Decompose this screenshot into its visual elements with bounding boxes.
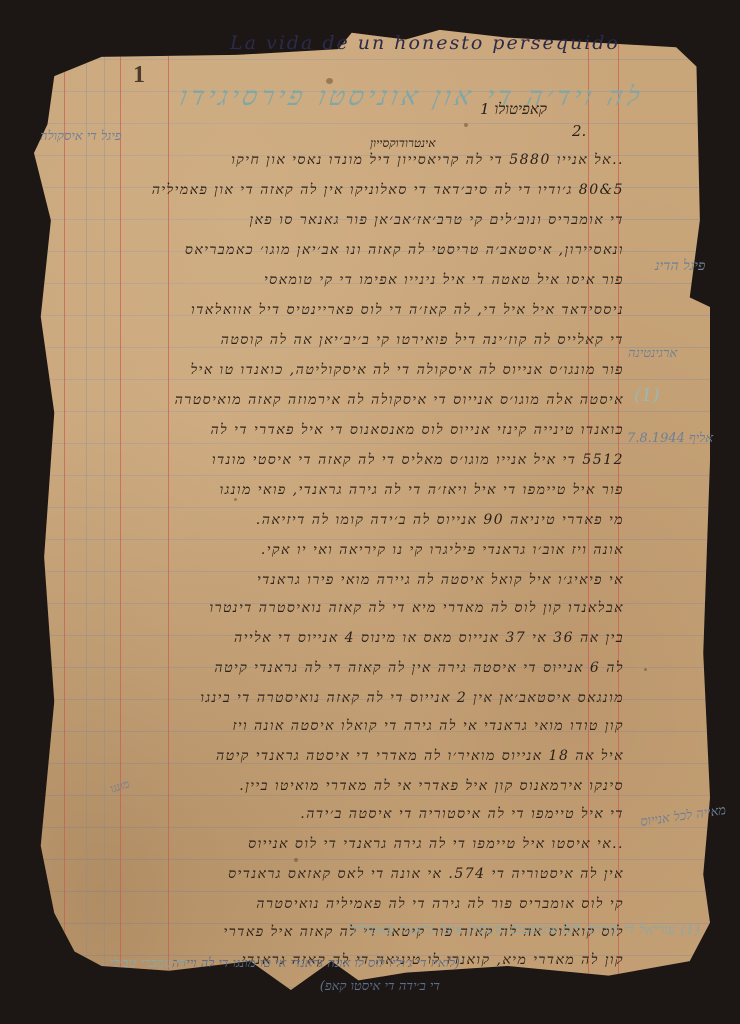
text-line: ניססידאד איל איל די, לה קאז׳ה די לוס פאר… (44, 302, 624, 319)
margin-note-right: פיגל הדינ (655, 258, 705, 275)
hebrew-heading: לה ויד׳ה די און אוניסטו פירסיגידו (177, 82, 646, 112)
text-line: פור מונגו׳ס אנייוס לה איסקולה די לה איסק… (44, 362, 624, 379)
margin-note-left: פיגל די איסקולה (40, 128, 122, 144)
text-line: בין אה 36 אי 37 אנייוס מאס או מינוס 4 אנ… (44, 630, 624, 647)
text-line: לה 6 אנייוס די איסטה גירה אין לה קאזה די… (44, 660, 624, 677)
margin-note-right: ארגינטינה (628, 345, 677, 361)
text-line: איסטה אלה מוגו׳ס אנייוס די איסקולה לה אי… (44, 392, 624, 409)
ink-spot (464, 123, 468, 127)
ink-spot (644, 668, 647, 671)
text-line: אי פיאיג׳ו איל קואל איסטה לה גיירה מואי … (44, 572, 624, 589)
text-line: סינקו אירמאנוס קון איל פאדרי אי לה מאדרי… (44, 778, 624, 795)
text-line: ונאסיירון, איסטאב׳ה טריסטי לה קאזה ונו א… (44, 242, 624, 259)
footnote-left-note: די נומברי נוב׳לי (110, 955, 186, 971)
text-line: 5&80 ג׳ודיו די לה סיב׳דאד די סאלוניקו אי… (44, 182, 624, 199)
text-line: מי פאדרי טיניאה 90 אנייוס לה ב׳ידה קומו … (44, 512, 624, 529)
text-line: אונה ויז אוב׳ו גראנדי פיליגרו קי נו קירי… (44, 542, 624, 559)
section-heading: אינטרודוקסייון (370, 136, 435, 151)
text-line: די איל טיימפו די לה איסטוריה די איסטה ב׳… (44, 806, 624, 823)
ink-spot (294, 858, 298, 862)
text-line: די קאלייס לה קוז׳ינה דיל פואירטו קי ב׳יב… (44, 332, 624, 349)
chapter-label: קאפיטולו 1 (480, 100, 547, 119)
text-line: 5512 די איל אנייו מוגו׳ס מאליס די לה קאז… (44, 452, 624, 469)
manuscript-title: La vida de un honesto persequido (230, 32, 620, 54)
text-line: פור איל טיימפו די איל ויאז׳ה די לה גירה … (44, 482, 624, 499)
text-line: ..אי איסטו איל טיימפו די לה גירה גראנדי … (44, 836, 624, 853)
text-line: פור איסו איל טאטה די איל נינייו אפימו די… (44, 272, 624, 289)
text-line: ..אל אנייו 5880 די לה קריאסייון דיל מונד… (44, 152, 624, 169)
text-line: קי לוס אומבריס פור לה גירה די לה פאמיליה… (44, 896, 624, 913)
chapter-sub: 2. (572, 122, 586, 140)
text-line: קון טודו מואי גראנדי אי לה גירה די קואלו… (44, 718, 624, 735)
text-line: איל אה 18 אנייוס מואיר׳ו לה מאדרי די איס… (44, 748, 624, 765)
margin-note-date: 7.8.1944 אליף (627, 430, 713, 446)
text-line: אין לה איסטוריה די 574. אי אונה די לאס ק… (44, 866, 624, 883)
text-line: די אומבריס ונוב׳לים קי טרב׳אז׳אב׳אן פור … (44, 212, 624, 229)
page-number: 1 (133, 62, 145, 89)
text-line: כואנדו טינייה קינזי אנייוס לוס מאנסאנוס … (44, 422, 624, 439)
footnote-3: די ב׳ידה די איסטו קאפ) (240, 978, 440, 994)
footnote-1: (1) עוריאל די קירוזה לוס אוניסטוס קונוסי… (90, 922, 700, 939)
text-line: מונגאס איסטאב׳אן אין 2 אנייוס די לה קאזה… (44, 690, 624, 707)
margin-note-marker: (1) (634, 385, 660, 406)
text-line: אבלאנדו קון לוס לה מאדרי מיא די לה קאזה … (44, 600, 624, 617)
